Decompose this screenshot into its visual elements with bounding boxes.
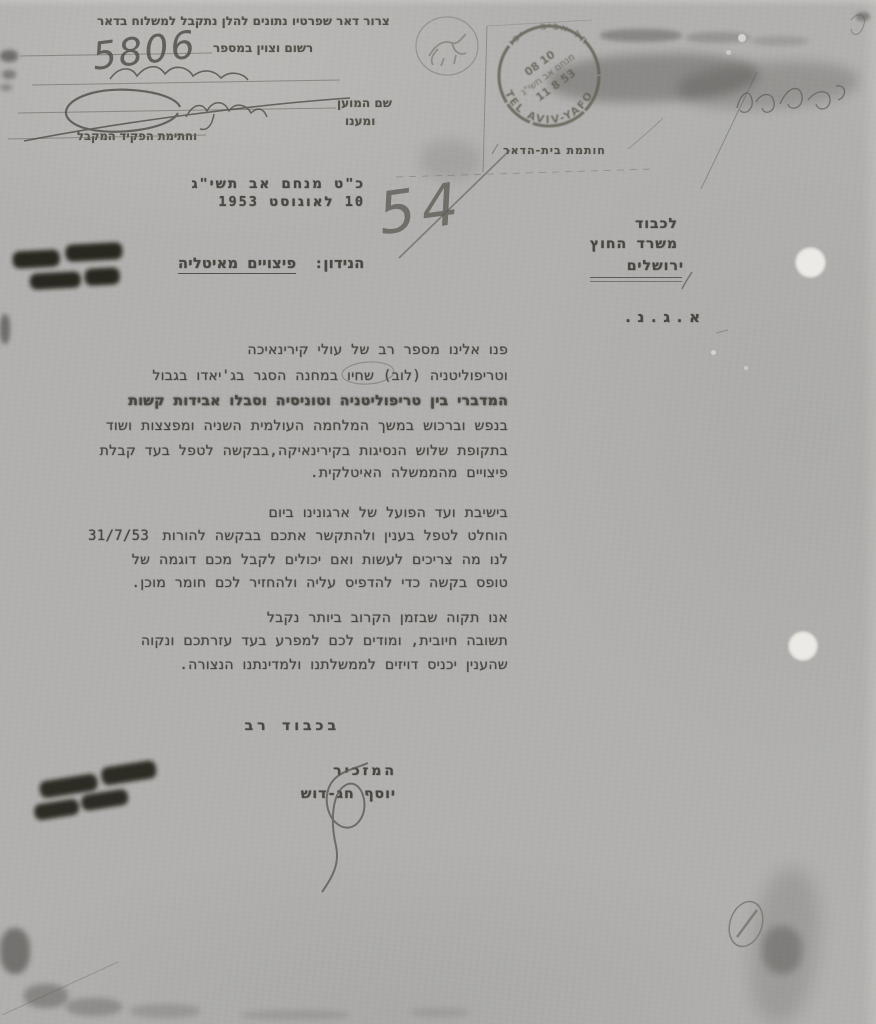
deer-emblem-icon	[416, 17, 478, 75]
recipient-org: משרד החוץ	[592, 236, 678, 252]
checkmark-tick	[682, 272, 692, 289]
body-line: אנו תקוה שבזמן הקרוב ביותר נקבל	[88, 608, 581, 628]
stain	[752, 36, 808, 46]
stain	[24, 984, 68, 1008]
stain	[420, 140, 480, 180]
postmark-hebrew-date: מנחם אב תשי"ג	[519, 52, 577, 99]
paper-speck	[738, 34, 746, 42]
scanned-letter: צרור דאר שפרטיו נתונים להלן נתקבל למשלוח…	[0, 0, 876, 1024]
stain	[2, 70, 16, 79]
postmark-date: 11 8 53	[533, 67, 578, 105]
hebrew-date: כ"ט מנחם אב תשי"ג	[140, 176, 365, 192]
postmark-stamp: תל אביב - יפו TEL AVIV-YAFO 08 10 מנחם א…	[499, 21, 599, 126]
registration-label: רשום וצוין במספר	[213, 41, 313, 55]
body-line: טופס בקשה כדי להדפיס עליה ולהחזיר לכם חו…	[88, 573, 508, 593]
stain	[410, 1008, 470, 1017]
ink-stamp-top	[12, 242, 124, 291]
subject-text: פיצויים מאיטליה	[178, 256, 296, 274]
stain	[0, 314, 10, 344]
recipient-honorific: לכבוד	[592, 212, 678, 236]
stain	[66, 998, 122, 1016]
stain	[600, 29, 682, 42]
paper-speck	[711, 350, 716, 355]
stain	[762, 926, 802, 974]
sender-name-label: שם המוען	[337, 96, 392, 110]
recipient-underline	[590, 277, 682, 282]
circled-page-number	[724, 897, 769, 951]
punch-hole	[795, 247, 826, 278]
body-line-text: הוחלט לטפל בענין ולהתקשר אתכם בבקשה להור…	[162, 526, 508, 546]
postmark-time: 08 10	[522, 48, 558, 79]
postal-form-header: צרור דאר שפרטיו נתונים להלן נתקבל למשלוח…	[97, 14, 390, 28]
stain	[0, 928, 30, 974]
stain	[743, 865, 828, 1024]
ink-stamp-bottom	[29, 760, 161, 821]
body-line: בנפש וברכוש במשך המלחמה העולמית השניה ומ…	[88, 416, 508, 436]
stain	[0, 50, 18, 62]
stain	[240, 1010, 350, 1020]
postmark-city-hebrew: תל אביב - יפו	[507, 21, 592, 48]
paper-speck	[726, 50, 731, 55]
stain	[856, 12, 870, 21]
signature-scribble	[322, 763, 368, 892]
paper-speck	[744, 366, 748, 370]
body-line: לנו מה צריכים לעשות ואם יכולים לקבל מכם …	[88, 550, 508, 570]
body-line: וטריפוליטניה (לוב) שחיו במחנה הסגר בג'יא…	[88, 366, 508, 386]
clerk-signature-scribble	[66, 90, 180, 132]
postmark-city-latin: TEL AVIV-YAFO	[502, 89, 596, 127]
stain	[677, 57, 859, 112]
clerk-signature-label: וחתימת הפקיד המקבל	[77, 129, 197, 143]
body-line: פיצויים מהממשלה האיטלקית.	[88, 463, 601, 483]
subject-line: הנידון: פיצויים מאיטליה	[178, 256, 364, 272]
form-rule-lines	[8, 53, 340, 139]
body-line: המדברי בין טריפוליטניה וטוניסיה וסבלו אב…	[88, 391, 508, 411]
recipient-city: ירושלים	[592, 258, 684, 274]
crease-line	[2, 962, 118, 1015]
body-line: 31/7/53 הוחלט לטפל בענין ולהתקשר אתכם בב…	[88, 526, 508, 546]
signer-title: המזכיר	[315, 763, 397, 779]
body-line: פנו אלינו מספר רב של עולי קירינאיכה	[88, 340, 624, 360]
file-number-annotation: 54	[374, 169, 468, 248]
body-line: בתקופת שלוש הנסיגות בקירינאיקה,בבקשה לטפ…	[88, 441, 508, 461]
body-line: תשובה חיובית, ומודים לכם למפרע בעד עזרתכ…	[88, 631, 546, 651]
gregorian-date: 10 לאוגוסט 1953	[140, 194, 365, 210]
stain	[547, 50, 759, 105]
closing-salutation: בכבוד רב	[240, 718, 340, 734]
subject-label: הנידון:	[314, 256, 364, 272]
body-line: בישיבת ועד הפועל של ארגונינו ביום	[88, 503, 540, 523]
body-line: שהענין יכניס דויזים לממשלתנו ולמדינתנו ה…	[88, 655, 568, 675]
registration-number-handwritten: 5806	[90, 22, 199, 78]
stain	[0, 84, 12, 91]
sender-address-label: ומענו	[345, 114, 375, 128]
handwriting-scribble	[737, 86, 845, 113]
signer-name: יוסף חג-דוש	[300, 786, 396, 802]
salutation: א.ג.נ.	[605, 308, 705, 326]
punch-hole	[788, 631, 818, 661]
postmark-ring	[499, 26, 599, 126]
stain	[130, 1004, 200, 1018]
postmark-caption: חותמת בית-הדאר	[503, 144, 606, 157]
body-line-date: 31/7/53	[88, 526, 149, 546]
